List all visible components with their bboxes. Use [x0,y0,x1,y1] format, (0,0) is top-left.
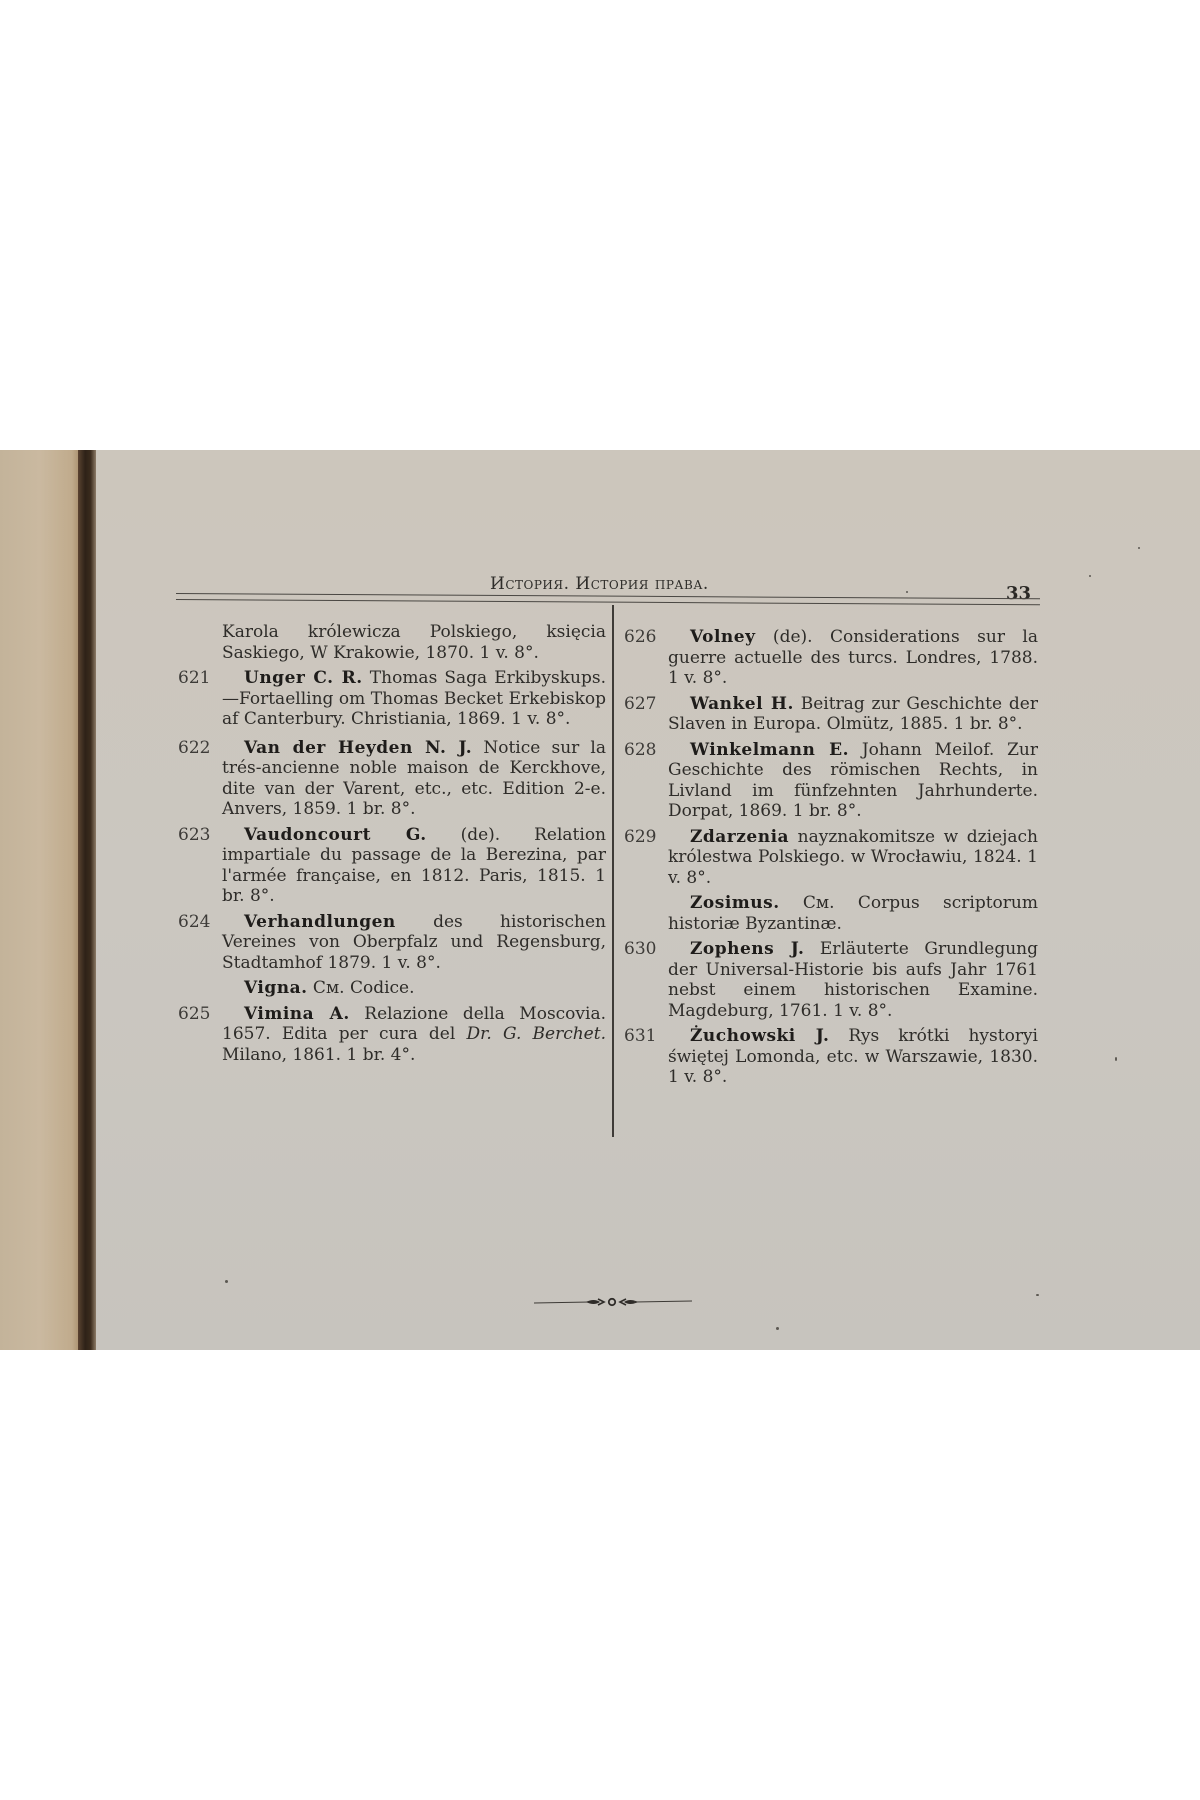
entry-author: Vimina A. [244,1004,350,1024]
entry-author: Żuchowski J. [690,1026,829,1046]
catalog-entry: 624 Verhandlungen des historischen Verei… [178,912,606,974]
cross-reference-entry: Zosimus. См. Corpus scriptorum historiæ … [624,893,1038,934]
entry-number: 629 [624,827,656,848]
catalog-entry: 626 Volney (de). Considerations sur la g… [624,627,1038,689]
left-column: Karola królewicza Polskiego, księcia Sas… [178,622,606,1070]
entry-text: См. Codice. [308,978,415,998]
entry-author: Van der Heyden N. J. [244,738,472,758]
paper-speck [1089,575,1091,577]
entry-text: Karola królewicza Polskiego, księcia Sas… [222,622,606,663]
catalog-entry: 621 Unger C. R. Thomas Saga Erkibyskups.… [178,668,606,730]
entry-editor: Dr. G. Berchet. [466,1024,606,1044]
catalog-entry: Karola królewicza Polskiego, księcia Sas… [178,622,606,663]
entry-author: Vigna. [244,978,308,998]
right-column: 626 Volney (de). Considerations sur la g… [624,627,1038,1093]
paper-speck [776,1327,779,1330]
entry-number: 625 [178,1004,210,1025]
catalog-entry: 627 Wankel H. Beitrag zur Geschichte der… [624,694,1038,735]
paper-speck [1138,547,1140,549]
catalog-entry: 629 Zdarzenia nayznakomitsze w dziejach … [624,827,1038,889]
entry-number: 631 [624,1026,656,1047]
entry-author: Zosimus. [690,893,780,913]
entry-author: Vaudoncourt G. [244,825,427,845]
paper-speck [1036,1294,1039,1296]
entry-author: Volney [690,627,755,647]
entry-number: 628 [624,740,656,761]
catalog-entry: 625 Vimina A. Relazione della Moscovia. … [178,1004,606,1066]
entry-author: Winkelmann E. [690,740,849,760]
tailpiece-ornament-icon [534,1294,694,1310]
entry-number: 626 [624,627,656,648]
running-head: История. История права. [490,574,709,594]
catalog-entry: 623 Vaudoncourt G. (de). Relation impart… [178,825,606,907]
column-divider [612,605,614,1137]
book-gutter [78,450,96,1350]
catalog-entry: 622 Van der Heyden N. J. Notice sur la t… [178,738,606,820]
entry-author: Zdarzenia [690,827,789,847]
cross-reference-entry: Vigna. См. Codice. [178,978,606,999]
paper-speck [225,1280,228,1283]
entry-text: Milano, 1861. 1 br. 4°. [222,1045,415,1065]
entry-author: Wankel H. [690,694,794,714]
catalog-entry: 630 Zophens J. Erläuterte Grundlegung de… [624,939,1038,1021]
entry-number: 622 [178,738,210,759]
catalog-entry: 628 Winkelmann E. Johann Meilof. Zur Ges… [624,740,1038,822]
paper-speck [906,591,908,593]
entry-author: Verhandlungen [244,912,396,932]
entry-number: 630 [624,939,656,960]
entry-number: 623 [178,825,210,846]
entry-author: Zophens J. [690,939,804,959]
entry-author: Unger C. R. [244,668,363,688]
catalog-entry: 631 Żuchowski J. Rys krótki hystoryi świ… [624,1026,1038,1088]
entry-number: 621 [178,668,210,689]
paper-speck [1115,1057,1117,1061]
left-page-edge [0,450,80,1350]
entry-number: 627 [624,694,656,715]
entry-number: 624 [178,912,210,933]
